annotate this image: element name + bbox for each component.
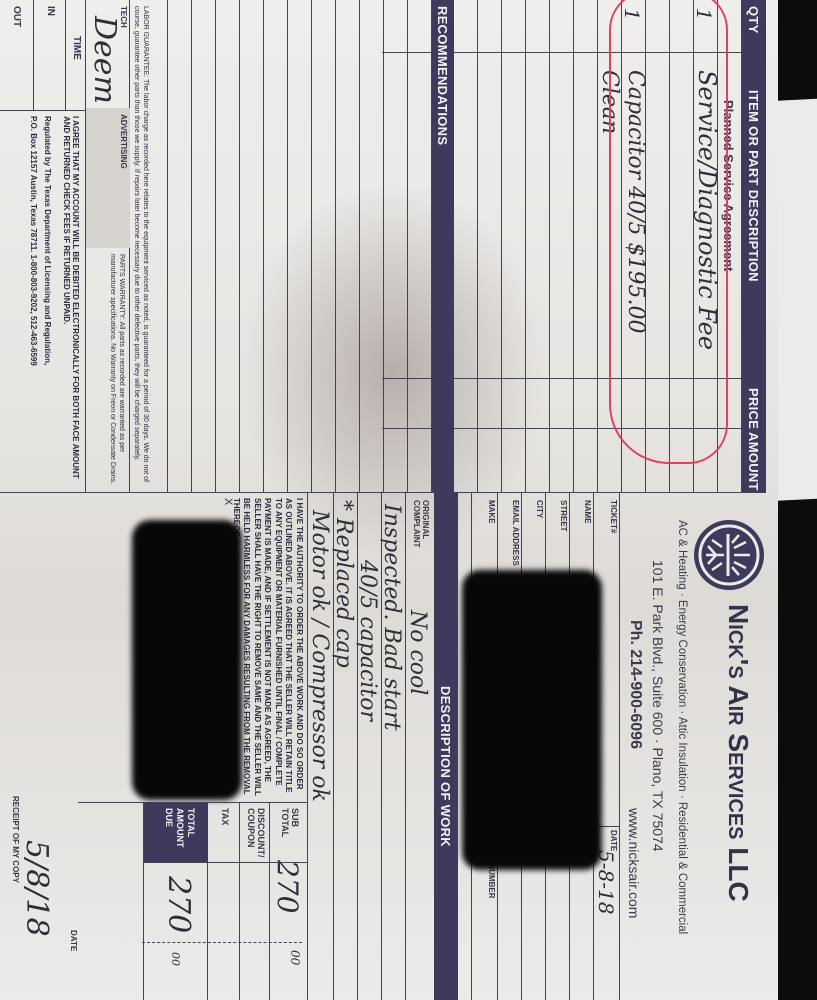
work-line-4: Motor ok / Compressor ok	[307, 510, 332, 802]
amount-header: AMOUNT	[746, 432, 761, 491]
total-value: 270	[161, 876, 196, 933]
email-label: EMAIL ADDRESS	[511, 500, 520, 566]
name-label: NAME	[583, 500, 592, 524]
table-rule	[501, 0, 502, 492]
recommendation-rule	[191, 0, 192, 492]
recommendation-rule	[359, 0, 360, 492]
recommendation-rule	[215, 0, 216, 492]
company-phone: Ph. 214-900-6096	[626, 620, 644, 749]
table-rule	[477, 0, 478, 492]
company-tagline: AC & Heating · Energy Conservation · Att…	[676, 520, 688, 934]
date-label: DATE	[609, 830, 618, 851]
table-rule	[525, 0, 526, 492]
table-rule	[573, 0, 574, 492]
subtotal-value: 270	[271, 860, 304, 913]
regulated-address: P.O. Box 12157 Austin, Texas 78711. 1-80…	[29, 116, 38, 486]
tech-signature: Deem	[87, 16, 122, 104]
cents-divider	[142, 942, 302, 943]
advertising-box: ADVERTISING	[86, 108, 130, 248]
qty-header: QTY	[746, 6, 761, 34]
recommendation-rule	[239, 0, 240, 492]
time-label: TIME	[71, 36, 82, 60]
description-header: ITEM OR PART DESCRIPTION	[746, 90, 761, 282]
recommendation-rule	[167, 0, 168, 492]
company-logo	[694, 520, 764, 590]
receipt-date: 5/8/18	[19, 840, 54, 937]
company-website: www.nicksair.com	[626, 808, 642, 918]
subtotal-label: SUB TOTAL	[280, 808, 300, 858]
recommendation-rule	[407, 0, 408, 492]
redaction-customer-info	[462, 570, 602, 870]
work-header-label: DESCRIPTION OF WORK	[438, 686, 453, 847]
total-label-box: TOTAL AMOUNT DUE	[144, 802, 208, 862]
work-line-1: Inspected. Bad start	[379, 504, 404, 730]
parts-warranty-text: PARTS WARRANTY: All parts as recorded ar…	[108, 254, 126, 486]
subtotal-cents: 00	[288, 950, 302, 965]
work-header: DESCRIPTION OF WORK	[434, 492, 458, 1000]
recommendation-rule	[383, 0, 384, 492]
tax-label: TAX	[220, 808, 230, 825]
regulated-text: Regulated by The Texas Department of Lic…	[43, 116, 52, 486]
redaction-signature	[132, 520, 242, 800]
recommendation-rule	[311, 0, 312, 492]
table-rule	[741, 0, 742, 492]
make-label: MAKE	[487, 500, 496, 524]
recommendation-rule	[287, 0, 288, 492]
price-header: PRICE	[746, 388, 761, 429]
items-header: QTY ITEM OR PART DESCRIPTION PRICE AMOUN…	[742, 0, 766, 492]
recommendations-label: RECOMMENDATIONS	[435, 6, 450, 145]
table-rule	[549, 0, 550, 492]
complaint-value: No cool	[405, 610, 430, 695]
labor-guarantee-text: LABOR GUARANTEE: The labor charge as rec…	[132, 6, 150, 488]
time-in-label: IN	[45, 6, 56, 16]
city-label: CITY	[535, 500, 544, 518]
total-label: TOTAL AMOUNT DUE	[163, 808, 196, 858]
red-circle-annotation	[609, 0, 728, 464]
work-line-2: 40/5 capacitor	[355, 560, 380, 721]
time-out-label: OUT	[11, 6, 22, 27]
invoice-sheet: QTY ITEM OR PART DESCRIPTION PRICE AMOUN…	[0, 0, 778, 1000]
sun-snowflake-icon	[694, 520, 764, 590]
signature-mark: X	[222, 498, 234, 505]
work-line-3: * Replaced cap	[331, 500, 356, 668]
agree-text: I AGREE THAT MY ACCOUNT WILL BE DEBITED …	[62, 116, 80, 486]
recommendation-rule	[263, 0, 264, 492]
street-label: STREET	[559, 500, 568, 532]
complaint-label: ORIGINAL COMPLAINT	[412, 500, 430, 560]
advertising-label: ADVERTISING	[119, 114, 128, 169]
recommendations-header: RECOMMENDATIONS	[432, 0, 454, 492]
company-address: 101 E. Park Blvd., Suite 600 · Plano, TX…	[650, 560, 666, 852]
discount-label: DISCOUNT/ COUPON	[246, 808, 266, 862]
company-name: Nick's Air Services LLC	[722, 604, 754, 902]
ticket-label: TICKET#	[609, 500, 618, 533]
total-cents: 00	[169, 952, 182, 966]
recommendation-rule	[335, 0, 336, 492]
receipt-date-label: DATE	[69, 930, 78, 951]
